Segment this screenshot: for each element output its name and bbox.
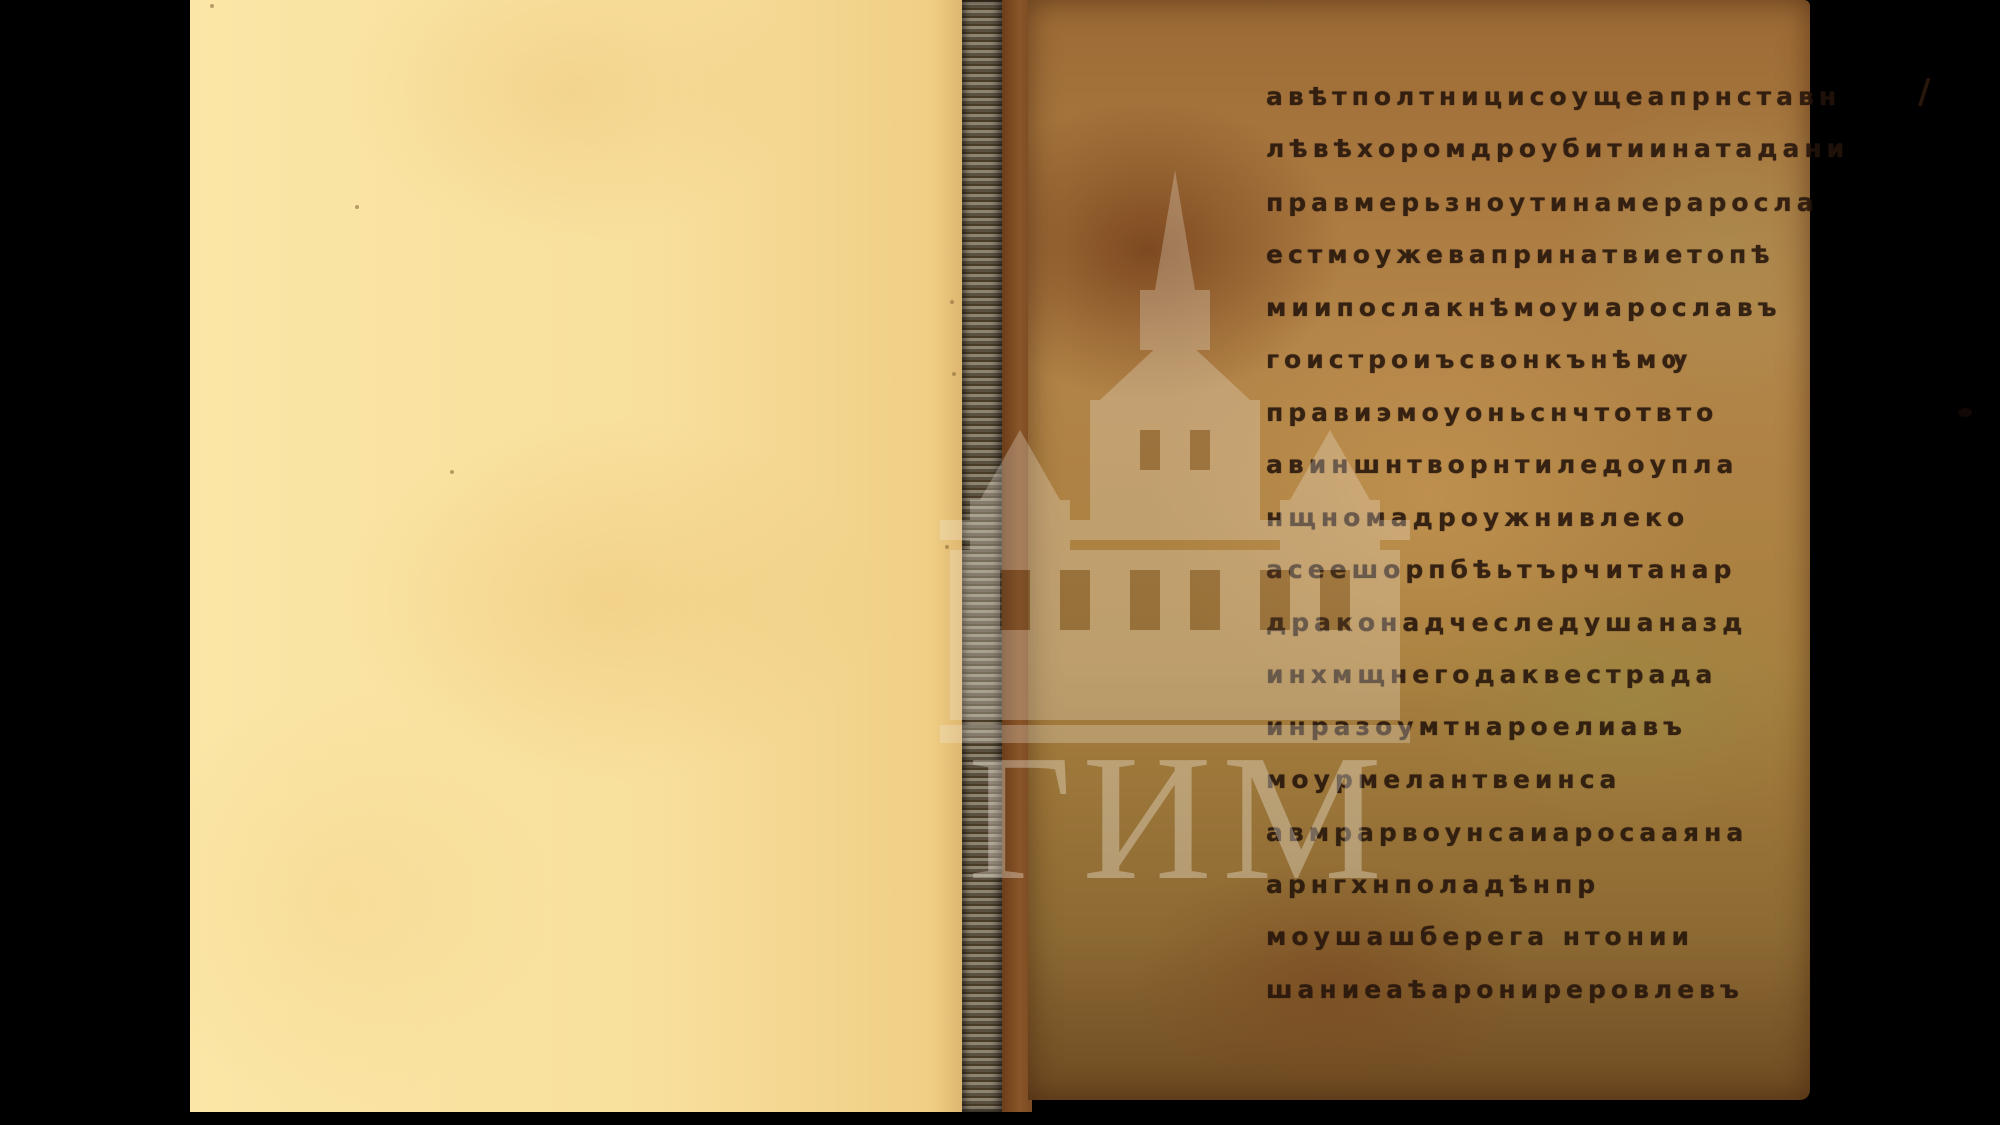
manuscript-line: миипослакнѣмоуиарославъ	[1266, 293, 1782, 322]
manuscript-line: моушашберега нтонии	[1266, 922, 1694, 951]
margin-mark: /	[1918, 72, 1930, 112]
manuscript-spread: авѣтполтницисоущеапрнставн лѣвѣхоромдроу…	[190, 0, 1810, 1112]
stain	[950, 300, 954, 304]
stain	[450, 470, 454, 474]
manuscript-line: шаниеаѣарониреровлевъ	[1266, 975, 1744, 1004]
manuscript-line: гоистроиъсвонкънѣмѹ	[1266, 345, 1692, 374]
manuscript-line: драконадчеследушаназд	[1266, 608, 1747, 637]
manuscript-line: правмерьзноутинамераросла	[1266, 188, 1819, 217]
manuscript-line: лѣвѣхоромдроубитиинатадани	[1266, 134, 1849, 163]
manuscript-line: асеешорпбѣьтърчитанар	[1266, 555, 1736, 584]
stain	[355, 205, 359, 209]
book-spine-binding	[962, 0, 1004, 1112]
manuscript-line: правиэмоуоньснчтотвто	[1266, 398, 1718, 427]
page-hole	[1958, 408, 1972, 417]
manuscript-line: естмоужевапринатвиетопѣ	[1266, 240, 1775, 269]
manuscript-line: авѣтполтницисоущеапрнставн	[1266, 82, 1841, 111]
stain	[210, 4, 214, 8]
watermark-text: ГИМ	[940, 728, 1420, 908]
right-page-manuscript: авѣтполтницисоущеапрнставн лѣвѣхоромдроу…	[1028, 0, 1810, 1100]
stain	[945, 545, 949, 549]
manuscript-line: инхмщнегодаквестрада	[1266, 660, 1717, 689]
manuscript-line: нщномадроужнивлеко	[1266, 503, 1689, 532]
manuscript-line: авиншнтворнтиледоупла	[1266, 450, 1738, 479]
stain	[952, 372, 956, 376]
left-page-blank	[190, 0, 970, 1112]
